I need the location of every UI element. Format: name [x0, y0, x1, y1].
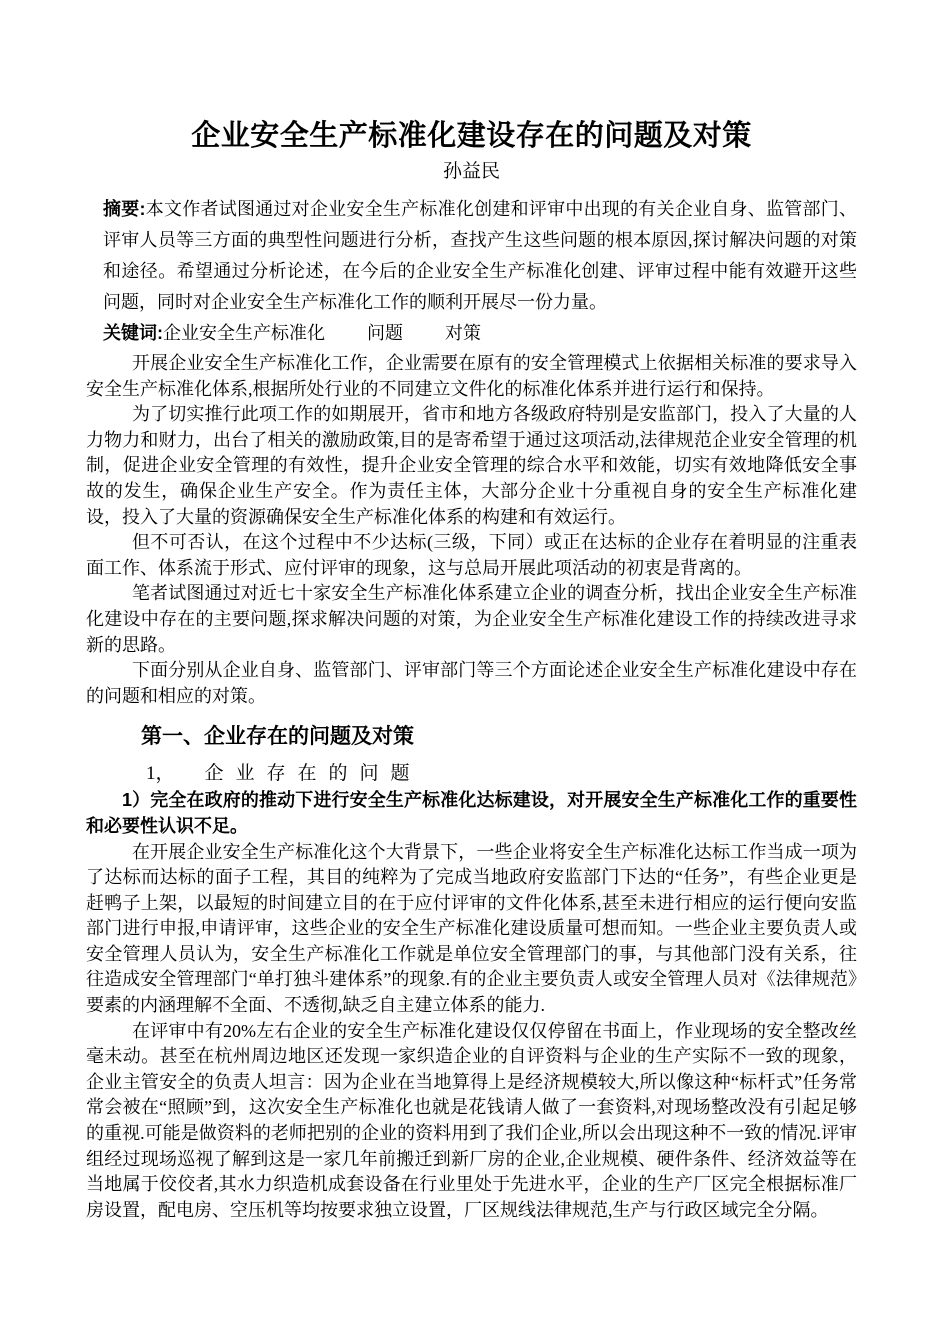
document-body: 开展企业安全生产标准化工作，企业需要在原有的安全管理模式上依据相关标准的要求导入… [86, 351, 857, 1223]
document-title: 企业安全生产标准化建设存在的问题及对策 [86, 119, 857, 153]
abstract: 摘要:本文作者试图通过对企业安全生产标准化创建和评审中出现的有关企业自身、监管部… [103, 194, 857, 318]
keyword-item: 问题 [367, 323, 403, 343]
body-paragraph: 在评审中有20%左右企业的安全生产标准化建设仅仅停留在书面上，作业现场的安全整改… [86, 1019, 857, 1224]
keyword-item: 企业安全生产标准化 [163, 323, 325, 343]
body-paragraph: 但不可否认，在这个过程中不少达标(三级，下同）或正在达标的企业存在着明显的注重表… [86, 530, 857, 581]
body-paragraph: 在开展企业安全生产标准化这个大背景下，一些企业将安全生产标准化达标工作当成一项为… [86, 840, 857, 1019]
abstract-text: 本文作者试图通过对企业安全生产标准化创建和评审中出现的有关企业自身、监管部门、评… [103, 199, 857, 312]
subsection-title: 企业存在的问题 [205, 763, 422, 784]
body-paragraph: 笔者试图通过对近七十家安全生产标准化体系建立企业的调查分析，找出企业安全生产标准… [86, 581, 857, 658]
body-paragraph: 为了切实推行此项工作的如期展开，省市和地方各级政府特别是安监部门，投入了大量的人… [86, 402, 857, 530]
keyword-item: 对策 [445, 323, 481, 343]
body-paragraph: 下面分别从企业自身、监管部门、评审部门等三个方面论述企业安全生产标准化建设中存在… [86, 658, 857, 709]
subsection-number: 1， [146, 763, 175, 784]
author-name: 孙益民 [86, 160, 857, 184]
problem-item-heading: 1）完全在政府的推动下进行安全生产标准化达标建设，对开展安全生产标准化工作的重要… [86, 788, 857, 839]
document-page: 企业安全生产标准化建设存在的问题及对策 孙益民 摘要:本文作者试图通过对企业安全… [0, 0, 950, 1344]
abstract-label: 摘要: [103, 199, 145, 219]
subsection-heading: 1，企业存在的问题 [146, 760, 857, 787]
body-paragraph: 开展企业安全生产标准化工作，企业需要在原有的安全管理模式上依据相关标准的要求导入… [86, 351, 857, 402]
section-heading: 第一、企业存在的问题及对策 [141, 722, 857, 751]
keywords-label: 关键词: [103, 323, 163, 343]
keywords-line: 关键词:企业安全生产标准化问题对策 [103, 318, 857, 349]
